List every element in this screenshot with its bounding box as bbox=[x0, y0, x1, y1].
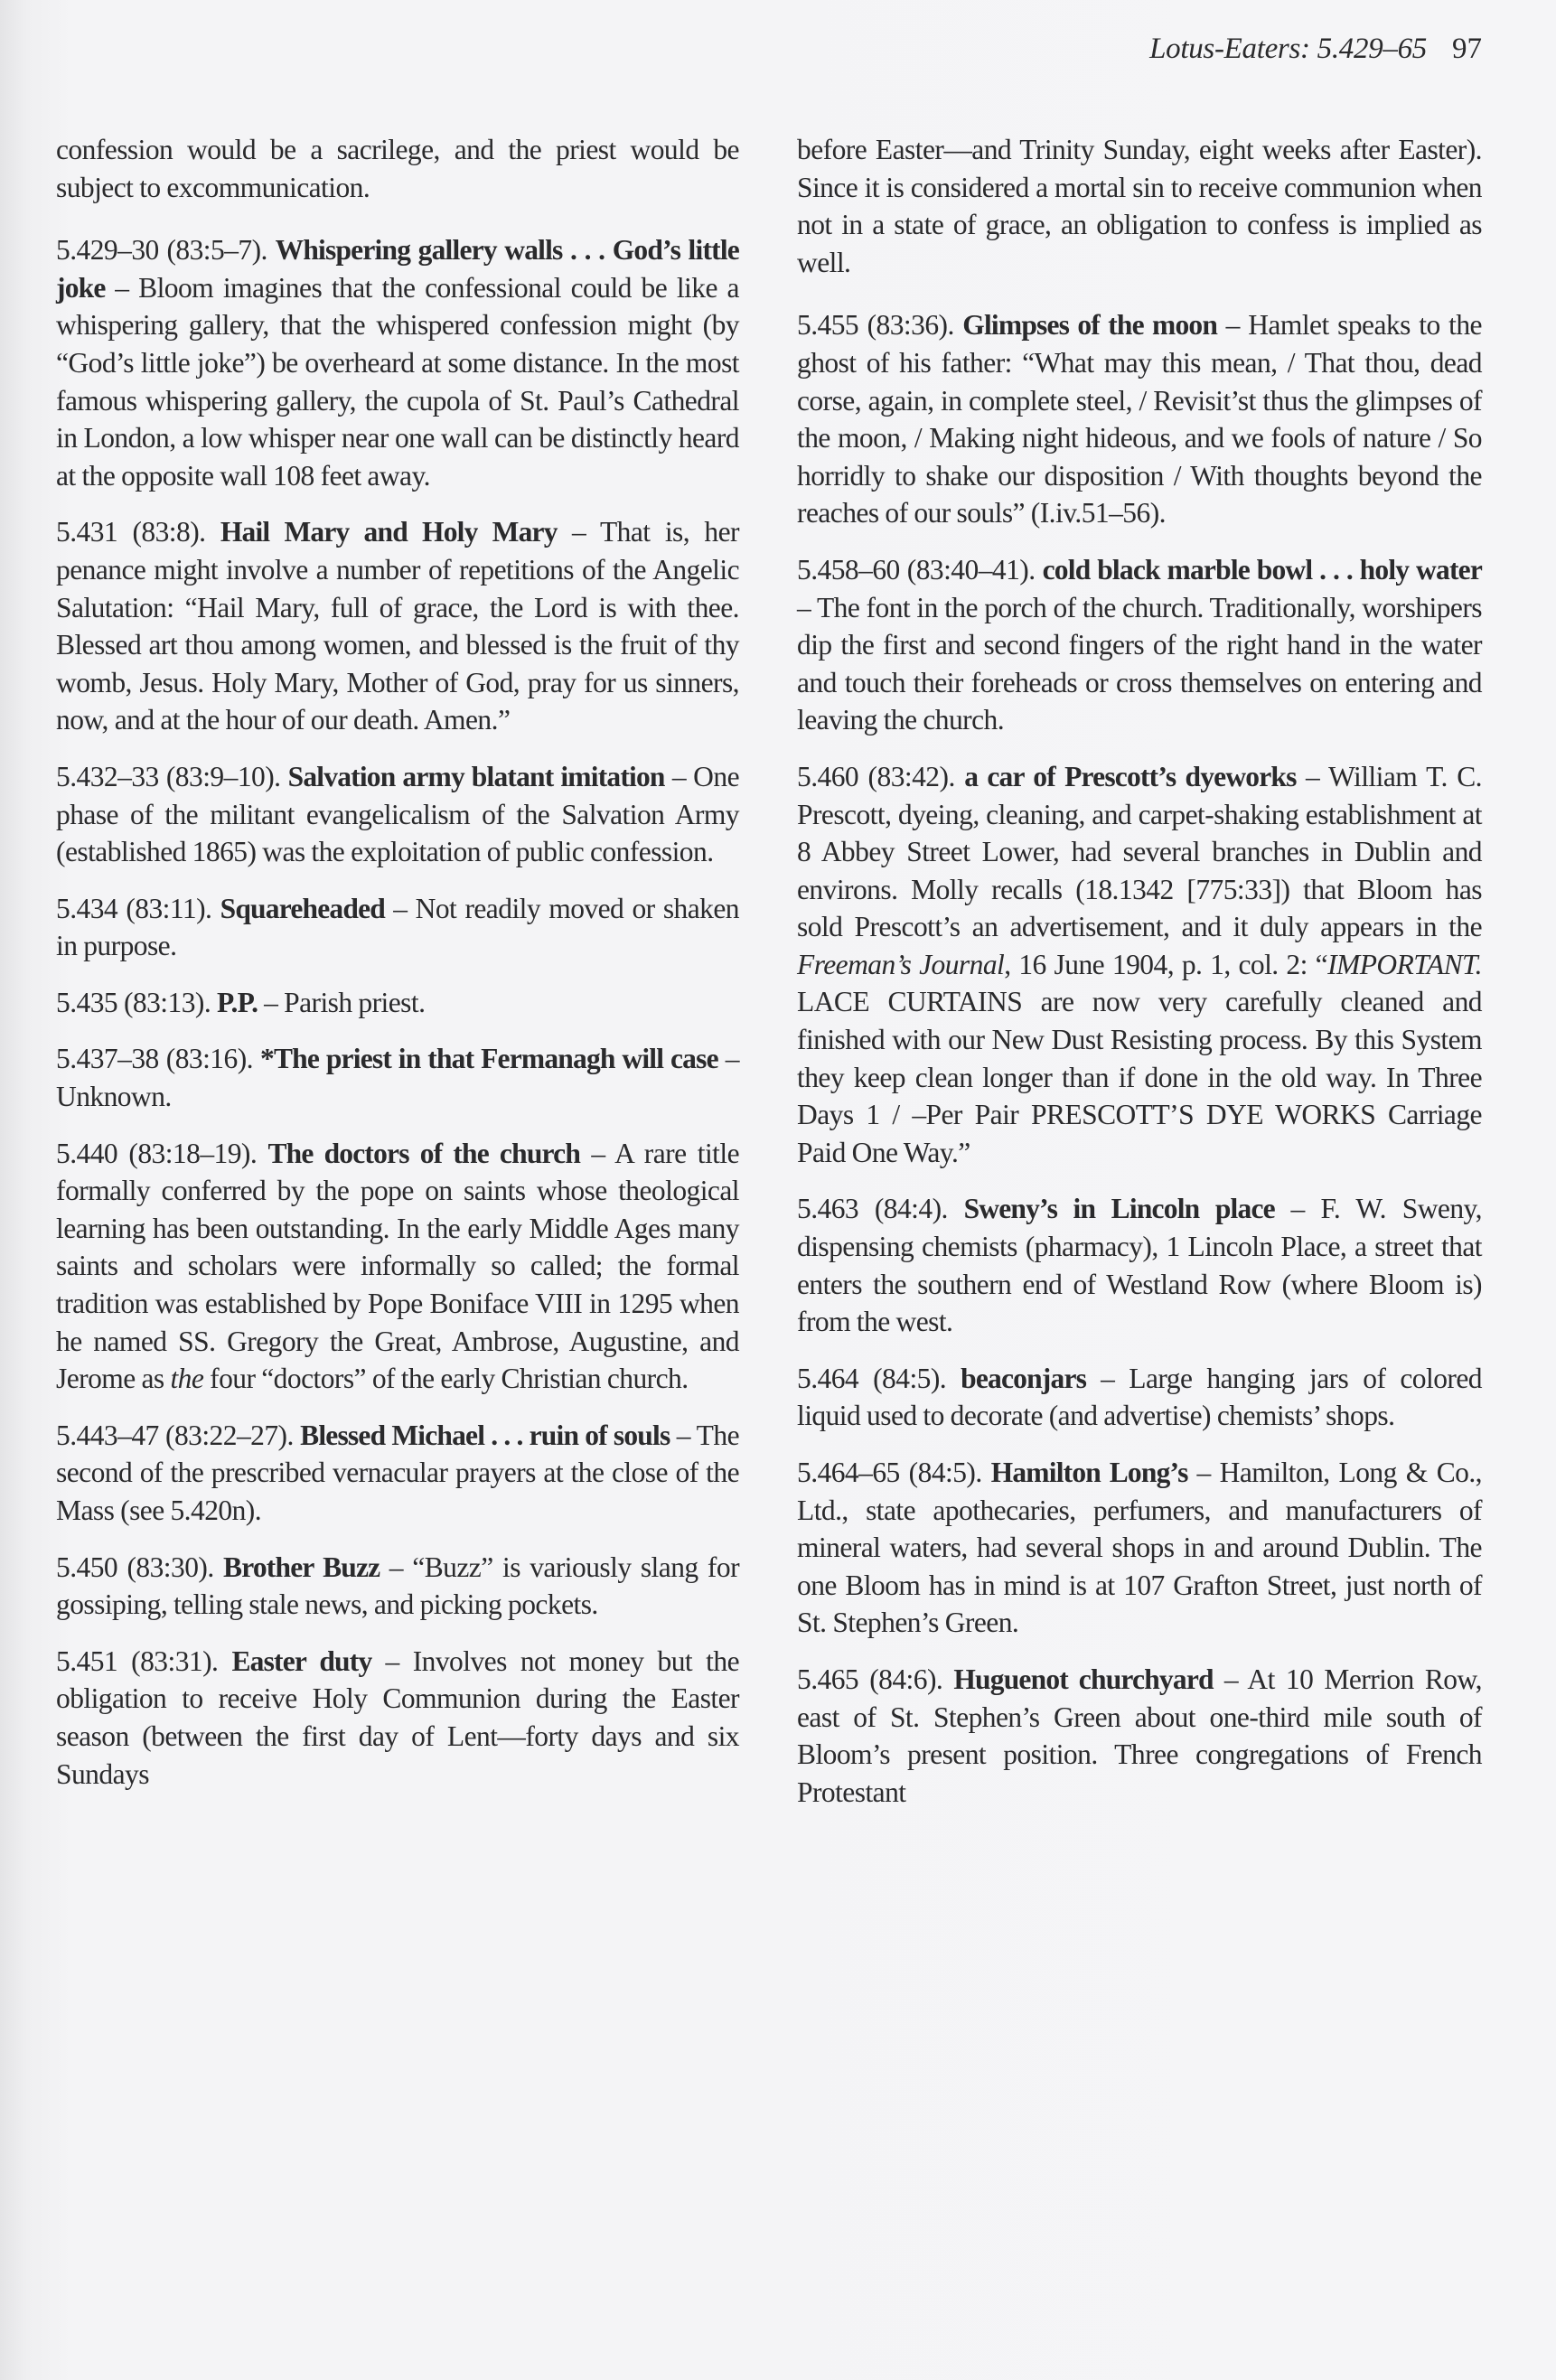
entry-body-italic: Freeman’s Journal bbox=[797, 949, 1004, 980]
annotation-entry: 5.437–38 (83:16). *The priest in that Fe… bbox=[56, 1040, 739, 1115]
annotation-entry: 5.450 (83:30). Brother Buzz – “Buzz” is … bbox=[56, 1549, 739, 1624]
entry-reference: 5.434 (83:11). bbox=[56, 893, 211, 924]
entry-reference: 5.429–30 (83:5–7). bbox=[56, 234, 267, 266]
entry-lemma: beaconjars bbox=[961, 1363, 1086, 1394]
entry-dash: – bbox=[591, 1138, 605, 1169]
entry-dash: – bbox=[726, 1043, 739, 1074]
entry-reference: 5.432–33 (83:9–10). bbox=[56, 761, 280, 792]
entry-body: The font in the porch of the church. Tra… bbox=[797, 592, 1482, 736]
entry-dash: – bbox=[389, 1551, 403, 1583]
entry-reference: 5.464 (84:5). bbox=[797, 1363, 946, 1394]
annotation-entry: 5.440 (83:18–19). The doctors of the chu… bbox=[56, 1135, 739, 1398]
entry-lemma: a car of Prescott’s dyeworks bbox=[964, 761, 1296, 792]
annotation-entry: 5.431 (83:8). Hail Mary and Holy Mary – … bbox=[56, 513, 739, 739]
entry-body-continued: LACE CURTAINS are now very carefully cle… bbox=[797, 986, 1482, 1167]
entry-body: That is, her penance might involve a num… bbox=[56, 516, 739, 736]
annotation-entry: 5.432–33 (83:9–10). Salvation army blata… bbox=[56, 758, 739, 871]
entry-reference: 5.437–38 (83:16). bbox=[56, 1043, 253, 1074]
annotation-entry: 5.463 (84:4). Sweny’s in Lincoln place –… bbox=[797, 1190, 1482, 1340]
entry-lemma: P.P. bbox=[217, 987, 258, 1018]
entry-reference: 5.463 (84:4). bbox=[797, 1193, 948, 1224]
annotation-entry: 5.458–60 (83:40–41). cold black marble b… bbox=[797, 551, 1482, 739]
page-number: 97 bbox=[1452, 31, 1482, 67]
entry-body-continued: four “doctors” of the early Christian ch… bbox=[210, 1363, 688, 1394]
annotation-entry: 5.429–30 (83:5–7). Whispering gallery wa… bbox=[56, 231, 739, 494]
entry-dash: – bbox=[797, 592, 811, 623]
entry-lemma: Hamilton Long’s bbox=[991, 1457, 1188, 1488]
entry-reference: 5.465 (84:6). bbox=[797, 1663, 942, 1695]
entry-lemma: Salvation army blatant imitation bbox=[288, 761, 665, 792]
entry-body: Unknown. bbox=[56, 1081, 172, 1112]
entry-lemma: Huguenot churchyard bbox=[953, 1663, 1213, 1695]
entry-reference: 5.458–60 (83:40–41). bbox=[797, 554, 1036, 586]
right-column: before Easter—and Trinity Sunday, eight … bbox=[797, 131, 1482, 1830]
continuation-paragraph: before Easter—and Trinity Sunday, eight … bbox=[797, 131, 1482, 281]
entry-body: A rare title formally conferred by the p… bbox=[56, 1138, 739, 1395]
entry-lemma: Squareheaded bbox=[220, 893, 385, 924]
entry-lemma: *The priest in that Fermanagh will case bbox=[260, 1043, 718, 1074]
annotation-entry: 5.455 (83:36). Glimpses of the moon – Ha… bbox=[797, 306, 1482, 532]
entry-dash: – bbox=[1306, 761, 1319, 792]
entry-dash: – bbox=[1291, 1193, 1305, 1224]
entry-dash: – bbox=[672, 761, 686, 792]
entry-reference: 5.431 (83:8). bbox=[56, 516, 205, 548]
running-head-title: Lotus-Eaters: 5.429–65 bbox=[1149, 33, 1427, 65]
entry-body: Hamlet speaks to the ghost of his father… bbox=[797, 309, 1482, 529]
entry-dash: – bbox=[264, 987, 277, 1018]
entry-lemma: Hail Mary and Holy Mary bbox=[220, 516, 558, 548]
entry-reference: 5.440 (83:18–19). bbox=[56, 1138, 257, 1169]
entry-dash: – bbox=[1226, 309, 1240, 341]
continuation-paragraph: confession would be a sacrilege, and the… bbox=[56, 131, 739, 206]
entry-dash: – bbox=[677, 1420, 690, 1451]
entry-reference: 5.460 (83:42). bbox=[797, 761, 955, 792]
annotation-entry: 5.451 (83:31). Easter duty – Involves no… bbox=[56, 1643, 739, 1793]
running-head: Lotus-Eaters: 5.429–6597 bbox=[949, 31, 1482, 67]
annotation-entry: 5.464 (84:5). beaconjars – Large hanging… bbox=[797, 1360, 1482, 1435]
entry-lemma: cold black marble bowl . . . holy water bbox=[1043, 554, 1482, 586]
left-column: confession would be a sacrilege, and the… bbox=[56, 131, 739, 1812]
annotation-entry: 5.434 (83:11). Squareheaded – Not readil… bbox=[56, 890, 739, 965]
annotation-entry: 5.464–65 (84:5). Hamilton Long’s – Hamil… bbox=[797, 1454, 1482, 1642]
entry-dash: – bbox=[1224, 1663, 1238, 1695]
entry-lemma: The doctors of the church bbox=[267, 1138, 580, 1169]
annotation-entry: 5.460 (83:42). a car of Prescott’s dyewo… bbox=[797, 758, 1482, 1172]
entry-lemma: Blessed Michael . . . ruin of souls bbox=[300, 1420, 670, 1451]
entry-lemma: Brother Buzz bbox=[223, 1551, 380, 1583]
annotation-entry: 5.465 (84:6). Huguenot churchyard – At 1… bbox=[797, 1661, 1482, 1811]
entry-body: Parish priest. bbox=[284, 987, 425, 1018]
entry-reference: 5.451 (83:31). bbox=[56, 1645, 218, 1677]
entry-dash: – bbox=[393, 893, 407, 924]
entry-reference: 5.450 (83:30). bbox=[56, 1551, 214, 1583]
entry-body: Bloom imagines that the confessional cou… bbox=[56, 272, 739, 492]
entry-dash: – bbox=[385, 1645, 398, 1677]
annotation-entry: 5.435 (83:13). P.P. – Parish priest. bbox=[56, 984, 739, 1022]
entry-dash: – bbox=[115, 272, 128, 304]
entry-lemma: Easter duty bbox=[231, 1645, 371, 1677]
entry-dash: – bbox=[572, 516, 586, 548]
entry-dash: – bbox=[1101, 1363, 1114, 1394]
entry-reference: 5.435 (83:13). bbox=[56, 987, 211, 1018]
entry-lemma: Sweny’s in Lincoln place bbox=[964, 1193, 1275, 1224]
entry-reference: 5.443–47 (83:22–27). bbox=[56, 1420, 294, 1451]
annotation-entry: 5.443–47 (83:22–27). Blessed Michael . .… bbox=[56, 1417, 739, 1530]
entry-reference: 5.464–65 (84:5). bbox=[797, 1457, 982, 1488]
entry-dash: – bbox=[1197, 1457, 1211, 1488]
entry-body-continued: , 16 June 1904, p. 1, col. 2: “ bbox=[1004, 949, 1327, 980]
entry-body-italic: the bbox=[170, 1363, 203, 1394]
entry-reference: 5.455 (83:36). bbox=[797, 309, 954, 341]
entry-body-italic: IMPORTANT. bbox=[1327, 949, 1482, 980]
entry-lemma: Glimpses of the moon bbox=[962, 309, 1217, 341]
